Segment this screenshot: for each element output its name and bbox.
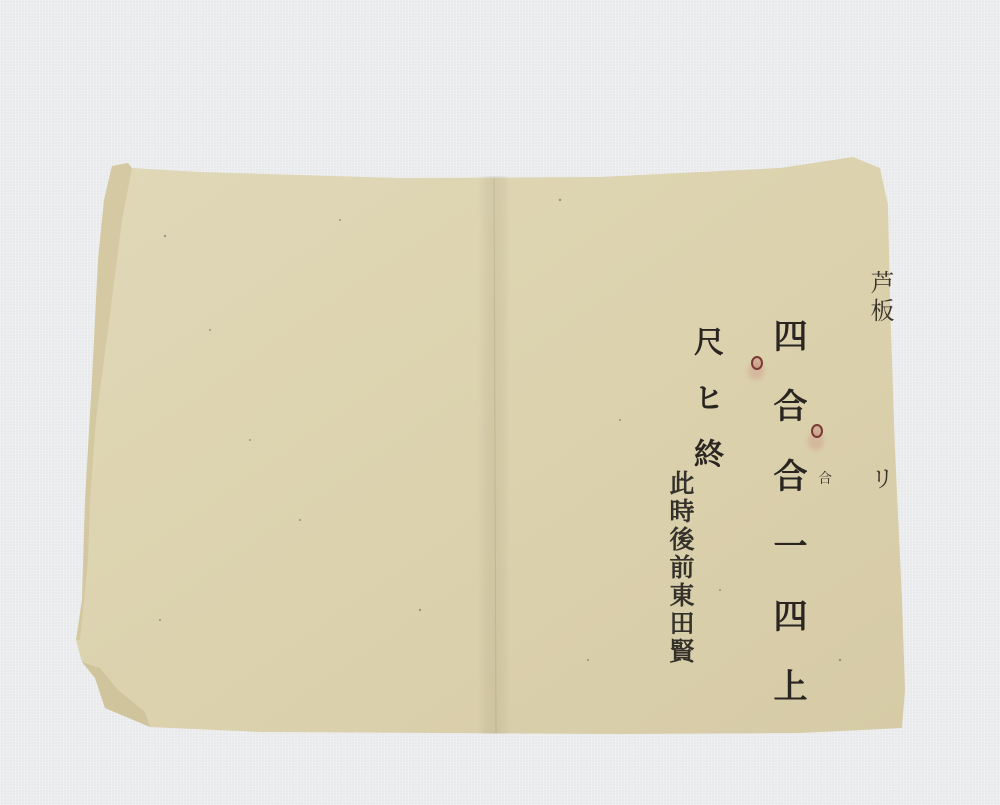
heading-bottom-text: リ — [866, 466, 894, 494]
right-heading-column: 芦板リ — [868, 270, 892, 494]
vermilion-circle-mark — [751, 356, 763, 370]
signature-column: 此時後前東田賢 — [668, 470, 693, 666]
heading-top-text: 芦板 — [866, 270, 894, 326]
side-annotation: 合 — [818, 468, 832, 488]
main-notation-column: 四合合一四上 — [770, 318, 804, 738]
paper-leaf — [0, 0, 1000, 805]
vermilion-circle-mark — [811, 424, 823, 438]
left-notation-column: 尺ヒ終 — [690, 326, 720, 494]
scan-background: 芦板リ 四合合一四上 合 尺ヒ終 此時後前東田賢 — [0, 0, 1000, 805]
